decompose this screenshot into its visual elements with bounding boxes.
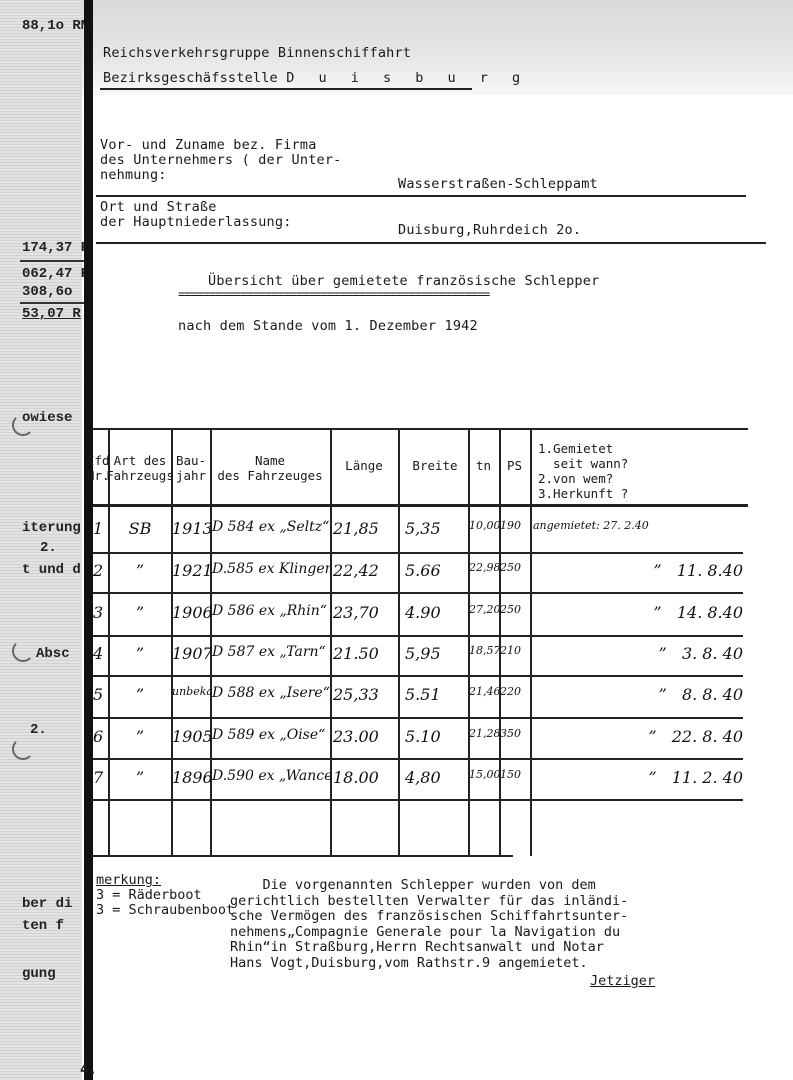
cell-art: ” — [109, 644, 171, 663]
field-value-address: Duisburg,Ruhrdeich 2o. — [398, 222, 581, 238]
margin-amount: 53,07 R — [22, 306, 81, 322]
margin-amount: 062,47 R — [22, 266, 89, 282]
col-rule — [530, 428, 532, 856]
col-rule — [499, 428, 501, 856]
margin-word: ten f — [22, 918, 64, 934]
row-rule — [93, 799, 743, 801]
col-rule — [210, 428, 212, 856]
row-rule — [93, 855, 513, 857]
header-ps: PS — [499, 458, 530, 473]
cell-tn: 18,57 — [469, 644, 499, 657]
cell-name: D.590 ex „Wancenau“ — [212, 768, 330, 784]
cell-breite: 4.90 — [405, 603, 469, 622]
cell-art: ” — [109, 727, 171, 746]
cell-art: ” — [109, 603, 171, 622]
cell-ps: 250 — [500, 561, 530, 574]
cell-tn: 15,00 — [469, 768, 499, 781]
cell-gemietet: ” 3. 8. 40 — [533, 644, 743, 663]
header-gemietet: 1.Gemietet seit wann? 2.von wem? 3.Herku… — [538, 441, 628, 501]
cell-laenge: 18.00 — [333, 768, 397, 787]
cell-baujahr: 1905 — [172, 727, 212, 746]
header-laenge: Länge — [330, 458, 398, 473]
document-subtitle: nach dem Stande vom 1. Dezember 1942 — [178, 318, 478, 334]
field-value-company: Wasserstraßen-Schleppamt — [398, 176, 598, 192]
cell-ps: 150 — [500, 768, 530, 781]
cell-tn: 21,280 — [469, 727, 499, 740]
cell-art: ” — [109, 768, 171, 787]
cell-tn: 10,00 — [469, 519, 499, 532]
cell-ps: 190 — [500, 519, 530, 532]
cell-baujahr: 1921 — [172, 561, 212, 580]
cell-breite: 5.51 — [405, 685, 469, 704]
title-double-rule: ========================================… — [178, 287, 663, 301]
cell-name: D 587 ex „Tarn“ — [212, 644, 330, 660]
field-label-company: Vor- und Zuname bez. Firma des Unternehm… — [100, 138, 342, 183]
margin-amount: 308,6o — [22, 284, 72, 300]
cell-nr: 3 — [93, 603, 108, 622]
cell-ps: 220 — [500, 685, 530, 698]
letterhead-underline — [100, 88, 472, 90]
punch-hole — [12, 640, 34, 662]
punch-hole — [12, 414, 34, 436]
cell-breite: 5,35 — [405, 519, 469, 538]
row-rule — [93, 635, 743, 637]
cell-baujahr: unbekannt — [172, 685, 212, 698]
margin-amount: 174,37 R — [22, 240, 89, 256]
margin-word: t und d — [22, 562, 81, 578]
cell-gemietet: ” 14. 8.40 — [533, 603, 743, 622]
cell-gemietet: ” 22. 8. 40 — [533, 727, 743, 746]
cell-nr: 6 — [93, 727, 108, 746]
organization-name: Reichsverkehrsgruppe Binnenschiffahrt — [103, 45, 411, 61]
header-rule — [93, 504, 748, 507]
margin-word: iterung — [22, 520, 81, 536]
cell-breite: 4,80 — [405, 768, 469, 787]
header-art: Art des Fahrzeugs — [105, 453, 175, 483]
cell-art: ” — [109, 685, 171, 704]
tug-table: Ifd. Nr. Art des Fahrzeugs Bau- jahr Nam… — [93, 428, 753, 858]
field-separator — [96, 242, 766, 244]
cell-nr: 2 — [93, 561, 108, 580]
row-rule — [93, 592, 743, 594]
col-rule — [330, 428, 332, 856]
cell-ps: 250 — [500, 603, 530, 616]
cell-laenge: 21.50 — [333, 644, 397, 663]
header-breite: Breite — [398, 458, 472, 473]
cell-breite: 5.10 — [405, 727, 469, 746]
cell-ps: 210 — [500, 644, 530, 657]
cell-baujahr: 1913 — [172, 519, 212, 538]
page-number: 4. — [80, 1062, 97, 1078]
row-rule — [93, 758, 743, 760]
cell-tn: 22,984 — [469, 561, 499, 574]
table-top-rule — [93, 428, 748, 430]
cell-name: D 589 ex „Oise“ — [212, 727, 330, 743]
cell-name: D 586 ex „Rhin“ — [212, 603, 330, 619]
col-rule — [468, 428, 470, 856]
binding-edge — [84, 0, 93, 1080]
row-rule — [93, 552, 743, 554]
header-baujahr: Bau- jahr — [171, 453, 211, 483]
office-prefix: Bezirksgeschäfsstelle — [103, 70, 278, 86]
punch-hole — [12, 738, 34, 760]
margin-word: Absc — [36, 646, 70, 662]
cell-name: D 584 ex „Seltz“ — [212, 519, 330, 535]
header-name: Name des Fahrzeuges — [210, 453, 330, 483]
signature-line: Jetziger — [590, 973, 655, 989]
margin-amount: 88,1o RM — [22, 18, 89, 34]
cell-nr: 7 — [93, 768, 108, 787]
cell-baujahr: 1906 — [172, 603, 212, 622]
cell-laenge: 22,42 — [333, 561, 397, 580]
col-rule — [398, 428, 400, 856]
header-tn: tn — [468, 458, 499, 473]
cell-tn: 21,468 — [469, 685, 499, 698]
row-rule — [93, 675, 743, 677]
margin-word: ber di — [22, 896, 72, 912]
cell-art: ” — [109, 561, 171, 580]
office-line: Bezirksgeschäfsstelle D u i s b u r g — [103, 70, 528, 86]
margin-word: 2. — [40, 540, 57, 556]
cell-nr: 1 — [93, 519, 108, 538]
cell-laenge: 21,85 — [333, 519, 397, 538]
explanatory-paragraph: Die vorgenannten Schlepper wurden von de… — [230, 878, 628, 971]
cell-tn: 27,200 — [469, 603, 499, 616]
col-rule — [171, 428, 173, 856]
cell-laenge: 25,33 — [333, 685, 397, 704]
office-city: D u i s b u r g — [286, 70, 528, 86]
margin-rule — [20, 302, 84, 304]
cell-name: D 588 ex „Isere“ — [212, 685, 330, 701]
cell-nr: 5 — [93, 685, 108, 704]
cell-art: SB — [109, 519, 171, 538]
cell-laenge: 23.00 — [333, 727, 397, 746]
col-rule — [108, 428, 110, 856]
cell-name: D.585 ex Klingenthal. — [212, 561, 330, 577]
cell-gemietet: angemietet: 27. 2.40 — [533, 519, 743, 532]
remark-line: 3 = Schraubenboot — [96, 903, 234, 919]
cell-laenge: 23,70 — [333, 603, 397, 622]
cell-baujahr: 1896 — [172, 768, 212, 787]
cell-gemietet: ” 11. 2. 40 — [533, 768, 743, 787]
cell-gemietet: ” 8. 8. 40 — [533, 685, 743, 704]
cell-ps: 350 — [500, 727, 530, 740]
cell-breite: 5.66 — [405, 561, 469, 580]
margin-word: gung — [22, 966, 56, 982]
cell-baujahr: 1907 — [172, 644, 212, 663]
field-label-address: Ort und Straße der Hauptniederlassung: — [100, 200, 292, 230]
margin-rule — [20, 260, 84, 262]
field-separator — [96, 195, 746, 197]
row-rule — [93, 717, 743, 719]
cell-gemietet: ” 11. 8.40 — [533, 561, 743, 580]
cell-breite: 5,95 — [405, 644, 469, 663]
margin-word: 2. — [30, 722, 47, 738]
cell-nr: 4 — [93, 644, 108, 663]
